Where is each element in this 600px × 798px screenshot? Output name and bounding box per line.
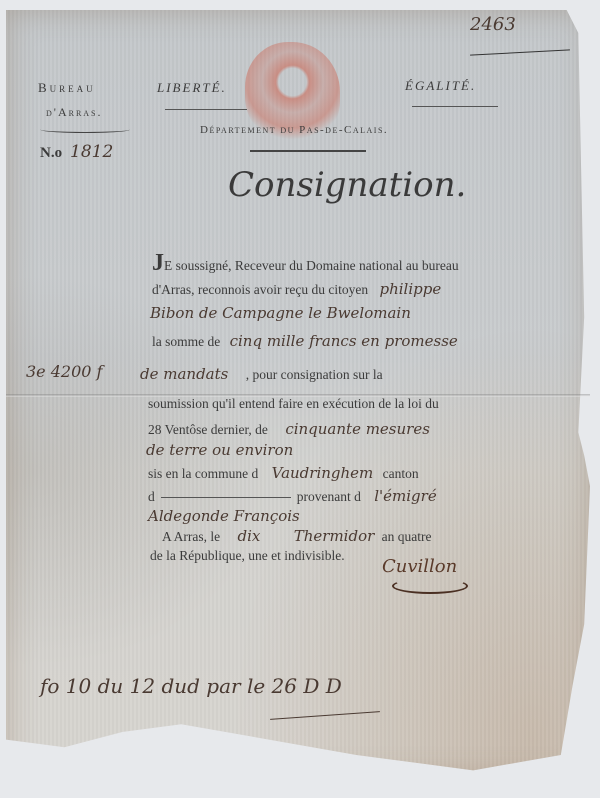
document-title: Consignation. <box>228 165 466 205</box>
body-line-11: Aldegonde François <box>148 507 300 525</box>
bureau-label: Bureau <box>38 80 96 96</box>
body-line-5: de mandats , pour consignation sur la <box>140 365 383 383</box>
department-label: Département du Pas-de-Calais. <box>200 124 388 136</box>
body-line-7: 28 Ventôse dernier, de cinquante mesures <box>148 420 430 438</box>
arras-label: d'Arras. <box>46 105 103 120</box>
date-line: A Arras, le dix Thermidor an quatre <box>162 527 432 545</box>
margin-amount: 3e 4200 f <box>26 362 102 381</box>
body-line-9: sis en la commune d Vaudringhem canton <box>148 464 419 482</box>
motto-egalite: ÉGALITÉ. <box>405 78 476 94</box>
body-line-8: de terre ou environ <box>146 441 293 459</box>
signature-flourish <box>392 578 468 594</box>
number-label: N.o <box>40 145 62 162</box>
republic-line: de la République, une et indivisible. <box>150 548 345 564</box>
department-rule <box>250 150 366 152</box>
body-line-6: soumission qu'il entend faire en exécuti… <box>148 396 439 412</box>
footer-annotation: fo 10 du 12 dud par le 26 D D <box>40 674 342 698</box>
blank-field <box>161 497 291 498</box>
brace-ornament <box>40 126 130 133</box>
number-value: 1812 <box>70 142 113 162</box>
dropcap: J <box>152 250 164 276</box>
motto-liberte: LIBERTÉ. <box>157 80 227 96</box>
rule-egalite <box>412 106 498 107</box>
rule-liberte <box>165 109 247 110</box>
body-line-1: JE soussigné, Receveur du Domaine nation… <box>152 250 459 277</box>
body-line-3: Bibon de Campagne le Bwelomain <box>150 304 411 322</box>
body-line-10: dprovenant d l'émigré <box>148 487 437 505</box>
archive-number: 2463 <box>470 14 516 35</box>
body-line-4: la somme de cinq mille francs en promess… <box>152 332 458 350</box>
signature: Cuvillon <box>382 556 457 577</box>
body-line-2: d'Arras, reconnois avoir reçu du citoyen… <box>152 280 441 298</box>
